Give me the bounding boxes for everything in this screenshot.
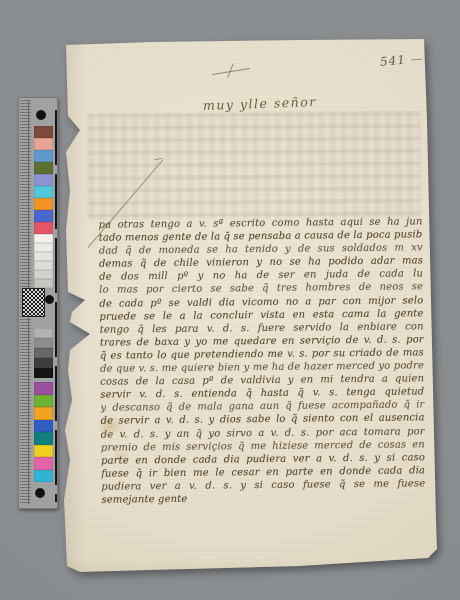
verso-ink-showthrough: [88, 112, 421, 220]
folio-dash: —: [410, 51, 424, 66]
letter-body-text: pa otras tengo a v. sª escrito como hast…: [99, 215, 426, 506]
folio-number: 541 —: [380, 52, 425, 68]
folio-number-value: 541: [379, 53, 406, 69]
photograph-scene: 541 — muy ylle señor pa otras tengo a v.…: [0, 0, 460, 600]
salutation-heading: muy ylle señor: [203, 96, 317, 112]
manuscript-page-wrap: 541 — muy ylle señor pa otras tengo a v.…: [0, 0, 460, 600]
manuscript-page: 541 — muy ylle señor pa otras tengo a v.…: [60, 38, 440, 576]
